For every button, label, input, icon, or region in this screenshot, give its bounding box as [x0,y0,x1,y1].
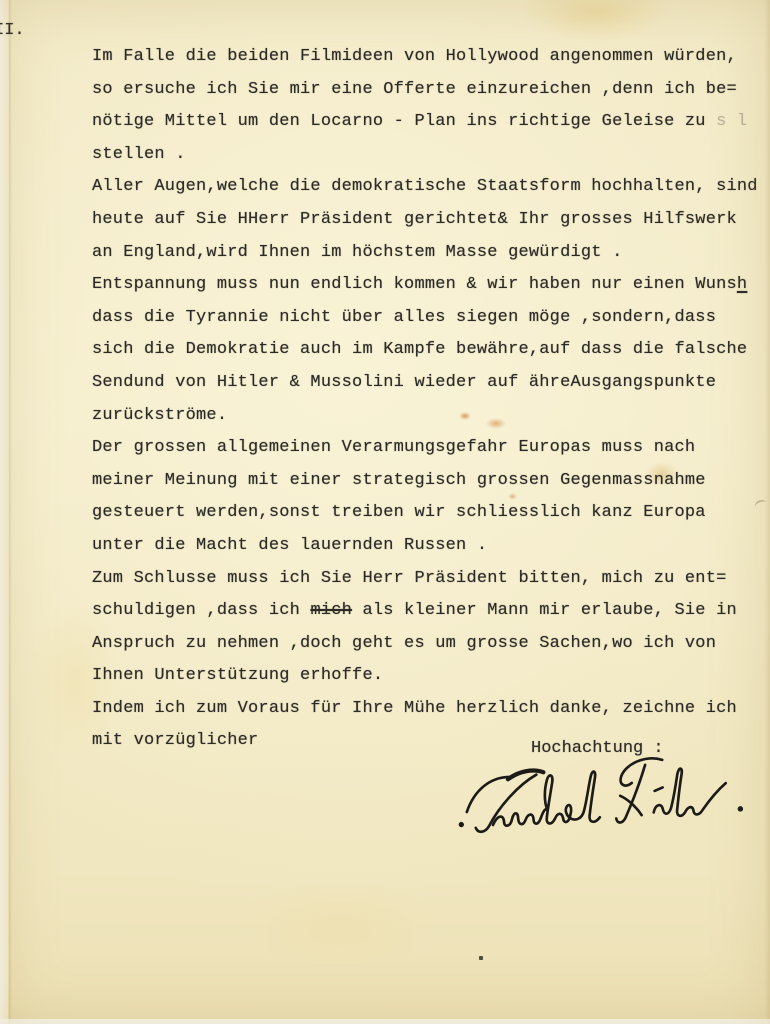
typed-text-segment: dass die Tyrannie nicht über alles siege… [92,308,716,327]
typed-text-segment: stellen . [92,145,186,164]
typed-line: Im Falle die beiden Filmideen von Hollyw… [92,41,762,74]
typed-line: gesteuert werden,sonst treiben wir schli… [92,497,762,530]
typed-text-segment: Indem ich zum Voraus für Ihre Mühe herzl… [92,699,737,718]
typed-line: Zum Schlusse muss ich Sie Herr Präsident… [92,563,762,596]
signature-umlaut [654,787,662,790]
signature-stroke [544,771,600,824]
typed-line: Sendund von Hitler & Mussolini wieder au… [92,367,762,400]
typed-lines: Im Falle die beiden Filmideen von Hollyw… [92,41,762,758]
typed-text-segment: sich die Demokratie auch im Kampfe bewäh… [92,340,747,359]
typed-line: stellen . [92,139,762,172]
typed-line: dass die Tyrannie nicht über alles siege… [92,302,762,335]
typed-text-segment: unter die Macht des lauernden Russen . [92,536,487,555]
typed-line: schuldigen ,dass ich mich als kleiner Ma… [92,595,762,628]
typed-line: so ersuche ich Sie mir eine Offerte einz… [92,74,762,107]
typed-text-segment: als kleiner Mann mir erlaube, Sie in [352,601,737,620]
signature-stroke [473,775,539,832]
paper-stain [520,0,670,42]
typed-text-segment: an England,wird Ihnen im höchstem Masse … [92,243,623,262]
typed-text-segment: Aller Augen,welche die demokratische Sta… [92,177,758,196]
signature-handwriting [444,750,754,852]
typed-text-segment: Anspruch zu nehmen ,doch geht es um gros… [92,634,716,653]
typed-text-segment: mich [310,601,352,620]
typed-text-segment: nötige Mittel um den Locarno - Plan ins … [92,112,716,131]
typed-line: nötige Mittel um den Locarno - Plan ins … [92,106,762,139]
signature-stroke [614,765,649,823]
typed-text-segment: schuldigen ,dass ich [92,601,310,620]
signature-stroke [508,770,544,779]
typed-text-segment: heute auf Sie HHerr Präsident gerichtet&… [92,210,737,229]
typed-line: sich die Demokratie auch im Kampfe bewäh… [92,334,762,367]
signature-stroke [620,758,664,786]
typed-line: an England,wird Ihnen im höchstem Masse … [92,237,762,270]
typed-line: unter die Macht des lauernden Russen . [92,530,762,563]
paper-crease [9,0,12,1024]
signature-dot [459,822,465,828]
ink-speck [479,956,483,960]
typed-text-segment: Entspannung muss nun endlich kommen & wi… [92,275,737,294]
typed-text-segment: h [737,275,747,294]
paper-edge-bottom [0,1019,770,1024]
typed-line: meiner Meinung mit einer strategisch gro… [92,465,762,498]
page-number: II. [0,21,25,40]
typed-line: Entspannung muss nun endlich kommen & wi… [92,269,762,302]
paper-stain [240,880,440,970]
letter-page: II. Im Falle die beiden Filmideen von Ho… [0,0,770,1024]
signature-stroke [465,777,514,812]
typed-text-segment: mit vorzüglicher [92,731,258,750]
typed-text-segment: Der grossen allgemeinen Verarmungsgefahr… [92,438,695,457]
typed-line: zurückströme. [92,400,762,433]
signature-period [737,806,743,812]
typed-line: Aller Augen,welche die demokratische Sta… [92,171,762,204]
typed-line: heute auf Sie HHerr Präsident gerichtet&… [92,204,762,237]
typed-line: Der grossen allgemeinen Verarmungsgefahr… [92,432,762,465]
typed-text-segment: Ihnen Unterstützung erhoffe. [92,666,383,685]
typed-text-segment: zurückströme. [92,406,227,425]
typed-text-segment: gesteuert werden,sonst treiben wir schli… [92,503,706,522]
signature-stroke [652,766,728,817]
typed-text-segment: Zum Schlusse muss ich Sie Herr Präsident… [92,569,727,588]
typed-text-segment: so ersuche ich Sie mir eine Offerte einz… [92,80,737,99]
paper-edge-right [764,0,770,1024]
typed-text-segment: Sendund von Hitler & Mussolini wieder au… [92,373,716,392]
typed-text-segment: Im Falle die beiden Filmideen von Hollyw… [92,47,737,66]
typed-text-segment: meiner Meinung mit einer strategisch gro… [92,471,706,490]
typed-line: Anspruch zu nehmen ,doch geht es um gros… [92,628,762,661]
paper-edge-left [0,0,8,1024]
typed-line: Indem ich zum Voraus für Ihre Mühe herzl… [92,693,762,726]
typed-text-segment: s l [716,112,747,131]
typed-line: Ihnen Unterstützung erhoffe. [92,660,762,693]
signature-stroke [492,809,548,826]
